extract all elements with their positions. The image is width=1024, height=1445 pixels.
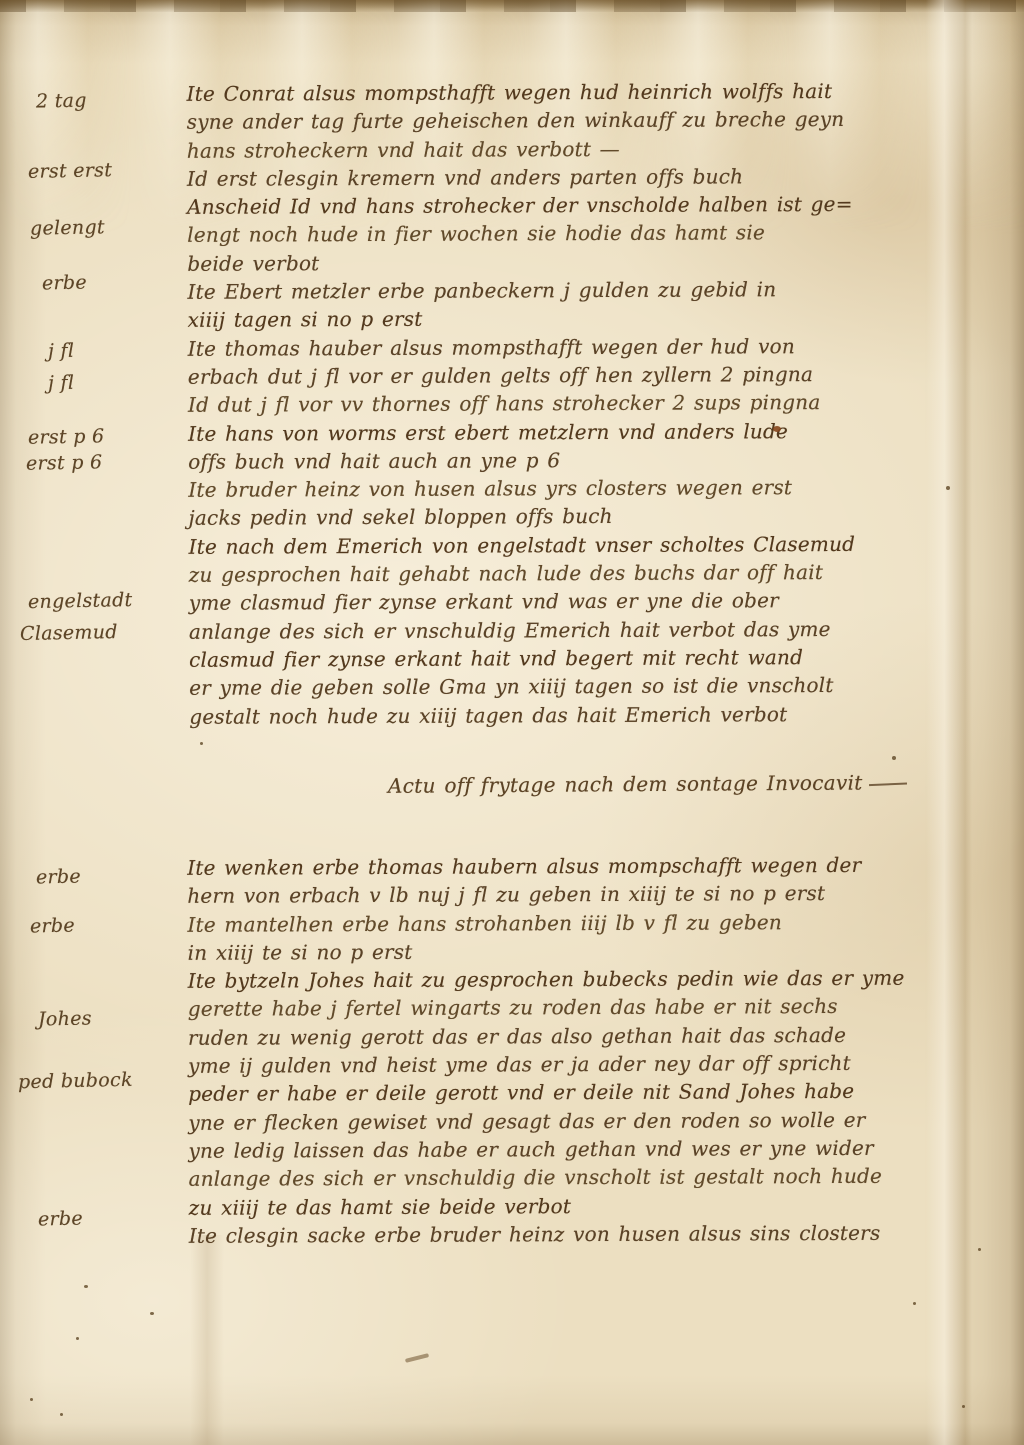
text-line: zu gesprochen hait gehabt nach lude des … — [189, 557, 1009, 589]
text-line: yne er flecken gewiset vnd gesagt das er… — [188, 1105, 1008, 1137]
ink-speck — [978, 1248, 981, 1251]
ink-speck — [892, 756, 896, 760]
margin-note: engelstadt — [28, 589, 133, 613]
text-line: beide verbot — [187, 246, 1007, 278]
entries-block-top: Ite Conrat alsus mompsthafft wegen hud h… — [187, 76, 1010, 730]
margin-note: erst p 6 — [26, 451, 103, 475]
text-line: Ite wenken erbe thomas haubern alsus mom… — [187, 850, 1007, 882]
margin-note: j fl — [48, 372, 75, 395]
text-line: yme clasmud fier zynse erkant vnd was er… — [189, 586, 1009, 618]
text-line: syne ander tag furte geheischen den wink… — [187, 105, 1007, 137]
margin-note: ped bubock — [18, 1069, 133, 1093]
ink-speck — [962, 1405, 965, 1408]
page-top-deckle-edge — [0, 0, 1024, 12]
manuscript-page: 2 tag erst erst gelengt erbe j fl j fl e… — [0, 0, 1024, 1445]
text-line: erbach dut j fl vor er gulden gelts off … — [188, 359, 1008, 391]
ink-smudge — [405, 1353, 429, 1363]
text-line: er yme die geben solle Gma yn xiiij tage… — [189, 670, 1009, 702]
text-line: Ite Ebert metzler erbe panbeckern j guld… — [187, 274, 1007, 306]
margin-note: Clasemud — [20, 621, 118, 645]
margin-note: erbe — [30, 915, 75, 938]
text-line: Ite clesgin sacke erbe bruder heinz von … — [189, 1218, 1009, 1250]
text-line: hans stroheckern vnd hait das verbott — — [187, 133, 1007, 165]
margin-note: erst erst — [28, 159, 113, 183]
ink-speck — [946, 486, 950, 490]
text-line: lengt noch hude in fier wochen sie hodie… — [187, 218, 1007, 250]
margin-note: erbe — [36, 866, 81, 889]
text-line: Ite nach dem Emerich von engelstadt vnse… — [189, 529, 1009, 561]
ink-speck — [60, 1413, 63, 1416]
text-line: anlange des sich er vnschuldig die vnsch… — [188, 1161, 1008, 1193]
text-line: Ite bruder heinz von husen alsus yrs clo… — [188, 472, 1008, 504]
text-line: Ite Conrat alsus mompsthafft wegen hud h… — [187, 76, 1007, 108]
margin-note: erst p 6 — [28, 425, 105, 449]
margin-note: erbe — [38, 1208, 83, 1231]
text-line: Ite mantelhen erbe hans strohanben iiij … — [187, 907, 1007, 939]
text-line: peder er habe er deile gerott vnd er dei… — [188, 1077, 1008, 1109]
bottom-left-crease — [190, 1235, 224, 1445]
ink-speck — [30, 1398, 33, 1401]
ink-speck — [76, 1337, 79, 1340]
ink-speck — [84, 1285, 88, 1288]
text-line: yme ij gulden vnd heist yme das er ja ad… — [188, 1048, 1008, 1080]
text-line: ruden zu wenig gerott das er das also ge… — [188, 1020, 1008, 1052]
ink-speck — [200, 742, 203, 745]
text-line: hern von erbach v lb nuj j fl zu geben i… — [187, 879, 1007, 911]
text-line: offs buch vnd hait auch an yne p 6 — [188, 444, 1008, 476]
ink-speck — [773, 426, 781, 432]
text-line: anlange des sich er vnschuldig Emerich h… — [189, 614, 1009, 646]
text-line: Ite thomas hauber alsus mompsthafft wege… — [188, 331, 1008, 363]
text-line: Id dut j fl vor vv thornes off hans stro… — [188, 387, 1008, 419]
text-line: clasmud fier zynse erkant hait vnd beger… — [189, 642, 1009, 674]
text-line: Id erst clesgin kremern vnd anders parte… — [187, 161, 1007, 193]
ink-speck — [913, 1302, 916, 1305]
ink-speck — [150, 1312, 154, 1315]
margin-note: gelengt — [30, 216, 105, 240]
text-line: xiiij tagen si no p erst — [188, 303, 1008, 335]
text-line: Ite hans von worms erst ebert metzlern v… — [188, 416, 1008, 448]
text-line: zu xiiij te das hamt sie beide verbot — [189, 1190, 1009, 1222]
date-heading: Actu off frytage nach dem sontage Invoca… — [388, 770, 907, 798]
entries-block-bottom: Ite wenken erbe thomas haubern alsus mom… — [187, 850, 1009, 1250]
text-line: in xiiij te si no p erst — [188, 935, 1008, 967]
margin-note: erbe — [42, 272, 87, 295]
text-line: gestalt noch hude zu xiiij tagen das hai… — [189, 699, 1009, 731]
margin-note: 2 tag — [36, 89, 87, 112]
text-line: jacks pedin vnd sekel bloppen offs buch — [188, 501, 1008, 533]
text-line: yne ledig laissen das habe er auch getha… — [188, 1133, 1008, 1165]
text-line: gerette habe j fertel wingarts zu roden … — [188, 992, 1008, 1024]
margin-note: j fl — [48, 340, 75, 363]
margin-note: Johes — [38, 1007, 92, 1030]
text-line: Anscheid Id vnd hans strohecker der vnsc… — [187, 189, 1007, 221]
text-line: Ite bytzeln Johes hait zu gesprochen bub… — [188, 963, 1008, 995]
